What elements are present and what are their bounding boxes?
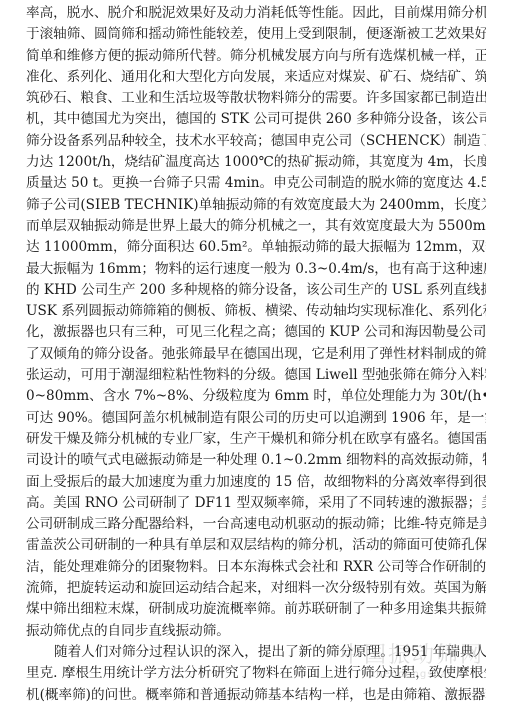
text-line: 里克. 摩根生用统计学方法分析研究了物料在筛面上进行筛分过程，致使摩根生筛分 — [26, 663, 486, 684]
text-line: 最大振幅为 16mm；物料的运行速度一般为 0.3~0.4m/s，也有高于这种速… — [26, 259, 486, 280]
text-line: 筛分设备系列品种较全，技术水平较高；德国申克公司（SCHENCK）制造了处理能 — [26, 131, 486, 152]
text-line: 质量达 50 t。更换一台筛子只需 4min。申克公司制造的脱水筛的宽度达 4.… — [26, 173, 486, 194]
text-line: USK 系列圆振动筛筛箱的侧板、筛板、横梁、传动轴均实现标准化、系列化和通用 — [26, 301, 486, 322]
text-line: 煤中筛出细粒末煤，研制成功旋流概率筛。前苏联研制了一种多用途集共振筛和直线 — [26, 599, 486, 620]
text-line: 面上受振后的最大加速度为重力加速度的 15 倍，故细物料的分离效率得到很大的提 — [26, 472, 486, 493]
text-line: 雷盖茨公司研制的一种具有单层和双层结构的筛分机，活动的筛面可使筛孔保持清 — [26, 535, 486, 556]
document-page: 率高，脱水、脱介和脱泥效果好及动力消耗低等性能。因此，目前煤用筛分机中，由 于滚… — [26, 3, 486, 706]
text-line: 了双倾角的筛分设备。弛张筛最早在德国出现，它是利用了弹性材料制成的筛面作弛 — [26, 344, 486, 365]
text-line: 筛子公司(SIEB TECHNIK)单轴振动筛的有效宽度最大为 2400mm，长… — [26, 195, 486, 216]
text-line: 的 KHD 公司生产 200 多种规格的筛分设备，该公司生产的 USL 系列直线… — [26, 280, 486, 301]
text-line: 张运动，可用于潮湿细粒粘性物料的分级。德国 Liwell 型弛张筛在筛分入料粒度… — [26, 365, 486, 386]
text-line: 司设计的喷气式电磁振动筛是一种处理 0.1~0.2mm 细物料的高效振动筛，物料… — [26, 450, 486, 471]
paragraph-2: 随着人们对筛分过程认识的深入，提出了新的筛分原理。1951 年瑞典人费雷德 里克… — [26, 642, 486, 706]
text-line: 化，激振器也只有三种，可见三化程之高；德国的 KUP 公司和海因勒曼公司都研制 — [26, 322, 486, 343]
text-line: 简单和维修方便的振动筛所代替。筛分机械发展方向与所有选煤机械一样，正向着标 — [26, 46, 486, 67]
text-line: 于滚轴筛、圆筒筛和摇动筛性能较差，使用上受到限制，便逐渐被工艺效果好、结构 — [26, 24, 486, 45]
text-line: 公司研制成三路分配器给料，一台高速电动机驱动的振动筛；比维-特克筛是美国阿 — [26, 514, 486, 535]
text-line: 可达 90%。德国阿盖尔机械制造有限公司的历史可以追溯到 1906 年，是一家著… — [26, 408, 486, 429]
text-line: 力达 1200t/h，烧结矿温度高达 1000℃的热矿振动筛，其宽度为 4m，长… — [26, 152, 486, 173]
text-line: 而单层双轴振动筛是世界上最大的筛分机械之一，其有效宽度最大为 5500mm，长度 — [26, 216, 486, 237]
text-line: 洁，能处理难筛分的团聚物料。日本东海株式会社和 RXR 公司等合作研制的垂直料 — [26, 557, 486, 578]
text-line: 振动筛优点的自同步直线振动筛。 — [26, 621, 486, 642]
text-line: 筑砂石、粮食、工业和生活垃圾等散状物料筛分的需要。许多国家都已制造出大型筛 — [26, 88, 486, 109]
text-line: 达 11000mm，筛分面积达 60.5m²。单轴振动筛的最大振幅为 12mm，… — [26, 237, 486, 258]
text-line: 高。美国 RNO 公司研制了 DF11 型双频率筛，采用了不同转速的激振器；美国… — [26, 493, 486, 514]
text-line: 率高，脱水、脱介和脱泥效果好及动力消耗低等性能。因此，目前煤用筛分机中，由 — [26, 3, 486, 24]
text-line: 机，其中德国尤为突出，德国的 STK 公司可提供 260 多种筛分设备，该公司生… — [26, 109, 486, 130]
text-line: 准化、系列化、通用化和大型化方向发展，来适应对煤炭、矿石、烧结矿、筑路和建 — [26, 67, 486, 88]
text-line: 随着人们对筛分过程认识的深入，提出了新的筛分原理。1951 年瑞典人费雷德 — [26, 642, 486, 663]
text-line: 机(概率筛)的问世。概率筛和普通振动筛基本结构一样，也是由筛箱、激振器和支撑 — [26, 685, 486, 706]
text-line: 研发干燥及筛分机械的专业厂家，生产干燥机和筛分机在欧享有盛名。德国雷尾姆公 — [26, 429, 486, 450]
text-line: 流筛，把旋转运动和旋回运动结合起来，对细料一次分级特别有效。英国为解决从原 — [26, 578, 486, 599]
paragraph-1: 率高，脱水、脱介和脱泥效果好及动力消耗低等性能。因此，目前煤用筛分机中，由 于滚… — [26, 3, 486, 642]
text-line: 0~80mm、含水 7%~8%、分级粒度为 6mm 时，单位处理能力为 30t/… — [26, 386, 486, 407]
